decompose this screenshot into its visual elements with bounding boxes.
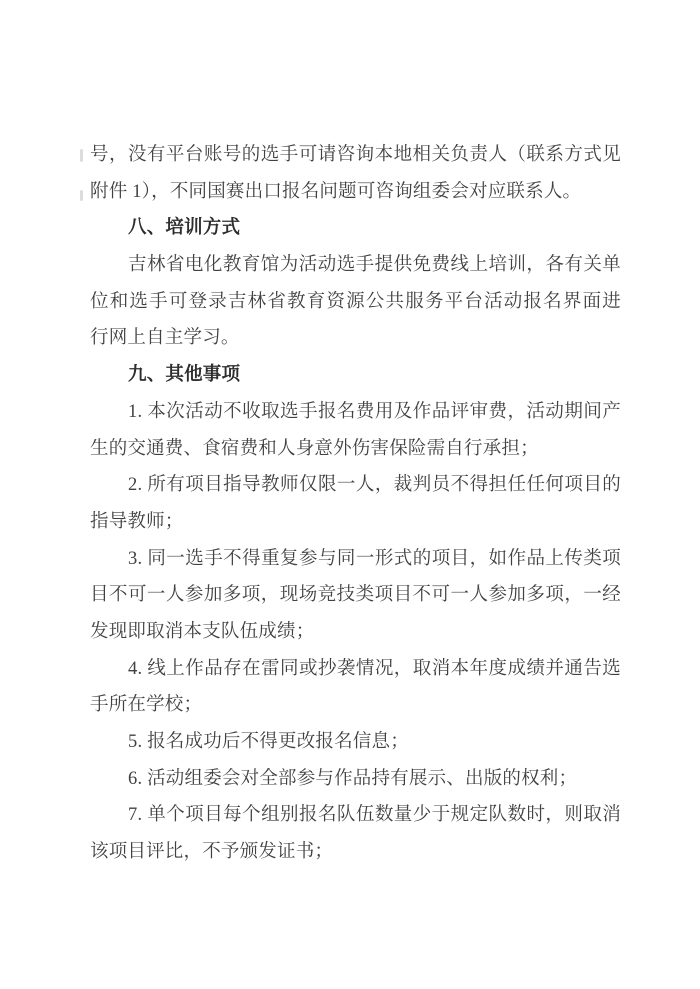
document-page: 号，没有平台账号的选手可请咨询本地相关负责人（联系方式见附件 1），不同国赛出口… xyxy=(0,0,700,989)
text-line: 4. 线上作品存在雷同或抄袭情况，取消本年度成绩并通告选 xyxy=(90,651,621,688)
text-line: 吉林省电化教育馆为活动选手提供免费线上培训，各有关单 xyxy=(90,247,621,284)
scan-artifact xyxy=(80,149,83,162)
text-line: 附件 1），不同国赛出口报名问题可咨询组委会对应联系人。 xyxy=(90,174,621,211)
text-line: 3. 同一选手不得重复参与同一形式的项目，如作品上传类项 xyxy=(90,541,621,578)
text-line: 该项目评比，不予颁发证书； xyxy=(90,834,621,871)
text-line: 行网上自主学习。 xyxy=(90,320,621,357)
scan-artifact xyxy=(80,190,83,201)
text-line: 7. 单个项目每个组别报名队伍数量少于规定队数时，则取消 xyxy=(90,797,621,834)
text-line: 5. 报名成功后不得更改报名信息； xyxy=(90,724,621,761)
text-line: 位和选手可登录吉林省教育资源公共服务平台活动报名界面进 xyxy=(90,284,621,321)
text-line: 目不可一人参加多项，现场竞技类项目不可一人参加多项，一经 xyxy=(90,577,621,614)
text-line: 发现即取消本支队伍成绩； xyxy=(90,614,621,651)
text-line: 号，没有平台账号的选手可请咨询本地相关负责人（联系方式见 xyxy=(90,137,621,174)
text-line: 1. 本次活动不收取选手报名费用及作品评审费，活动期间产 xyxy=(90,394,621,431)
text-line: 2. 所有项目指导教师仅限一人，裁判员不得担任任何项目的 xyxy=(90,467,621,504)
text-line: 生的交通费、食宿费和人身意外伤害保险需自行承担； xyxy=(90,431,621,468)
text-line: 指导教师； xyxy=(90,504,621,541)
section-heading: 八、培训方式 xyxy=(90,210,621,247)
section-heading: 九、其他事项 xyxy=(90,357,621,394)
document-text-block: 号，没有平台账号的选手可请咨询本地相关负责人（联系方式见附件 1），不同国赛出口… xyxy=(90,137,621,871)
text-line: 6. 活动组委会对全部参与作品持有展示、出版的权利； xyxy=(90,761,621,798)
text-line: 手所在学校； xyxy=(90,687,621,724)
